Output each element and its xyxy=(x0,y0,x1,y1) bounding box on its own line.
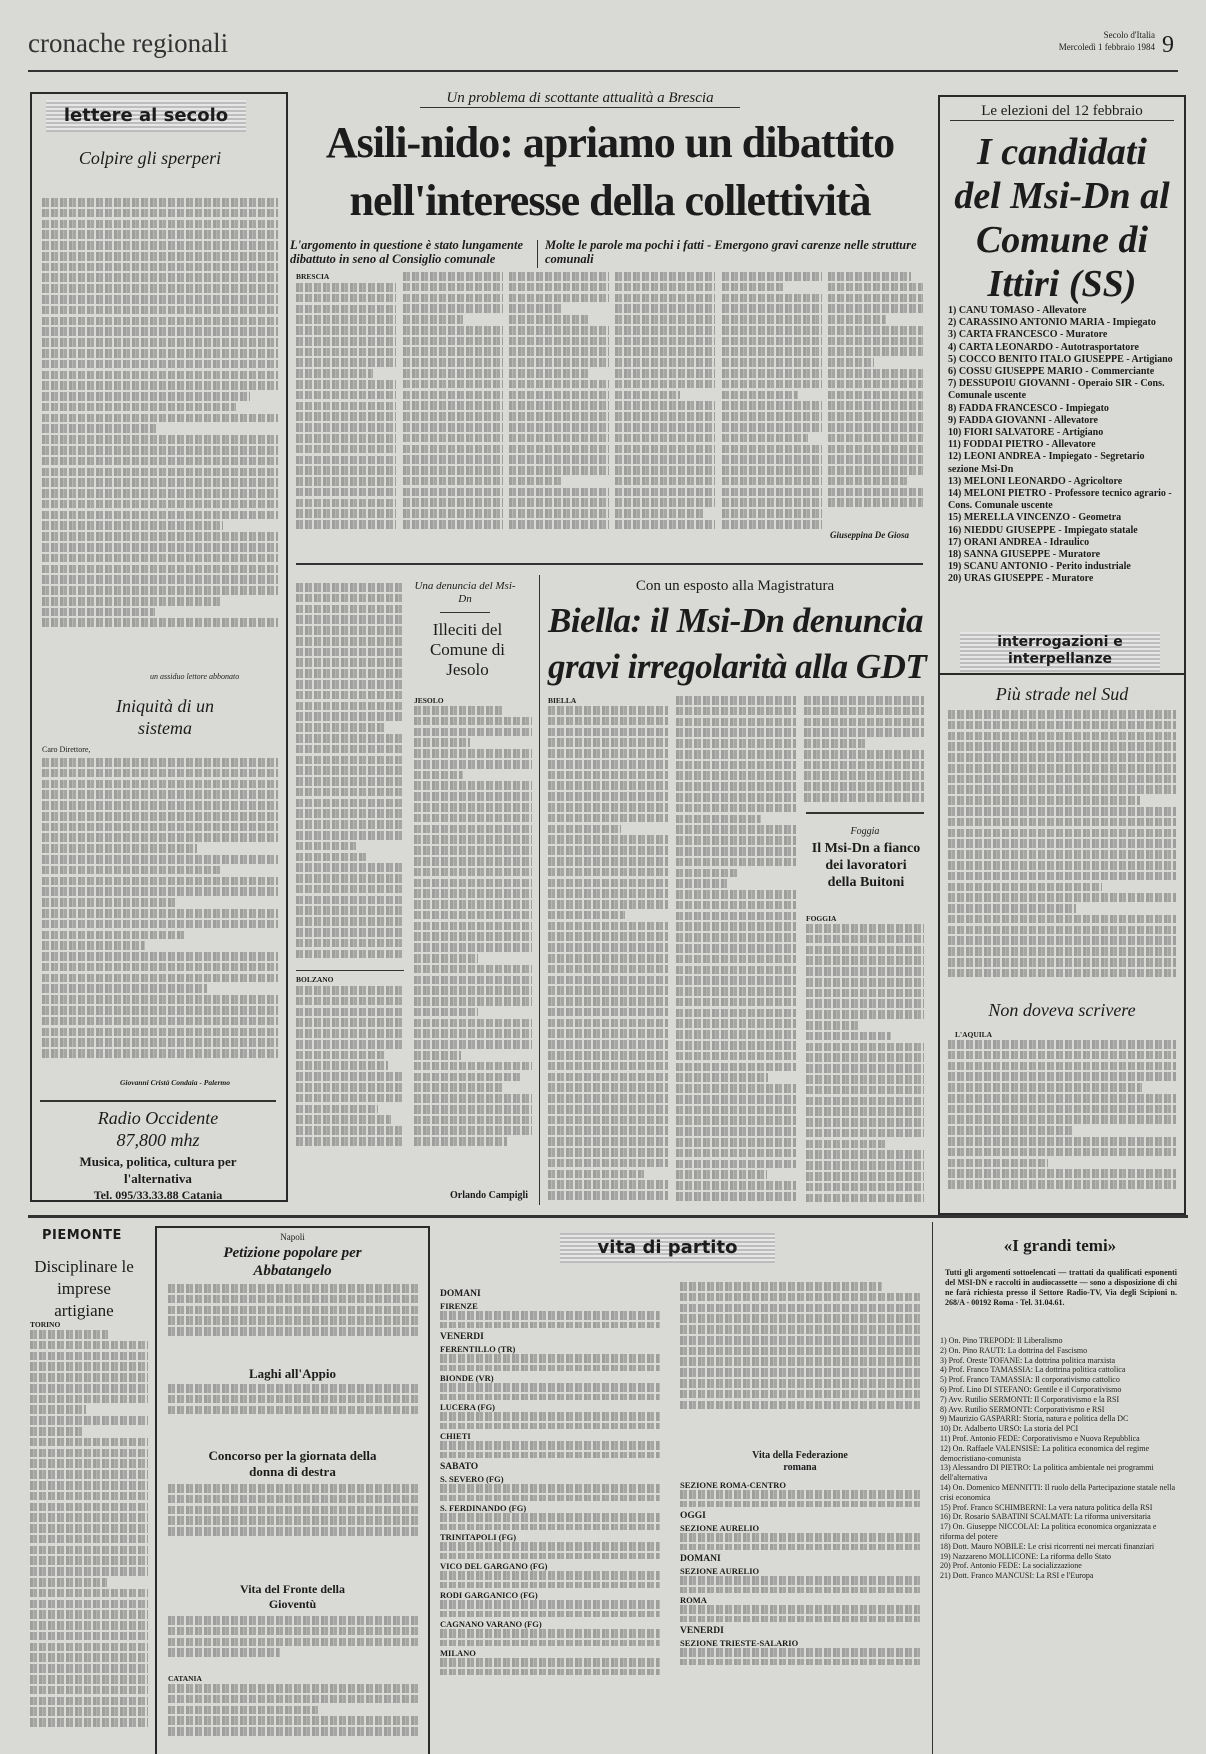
subhead-divider xyxy=(537,240,538,268)
text-line xyxy=(615,520,715,529)
text-line xyxy=(296,669,404,678)
text-line xyxy=(548,1029,668,1038)
text-line xyxy=(548,879,668,888)
text-line xyxy=(509,488,609,497)
candidate-item: 8) FADDA FRANCESCO - Impiegato xyxy=(948,403,1176,415)
text-line xyxy=(676,1181,796,1190)
text-line xyxy=(296,997,404,1006)
text-line xyxy=(722,326,822,335)
text-line xyxy=(30,1341,148,1350)
text-line xyxy=(806,1183,924,1192)
tema-item: 21) Dott. Franco MANCUSI: La RSI e l'Eur… xyxy=(940,1571,1180,1581)
text-line xyxy=(296,477,396,486)
candidate-item: 15) MERELLA VINCENZO - Geometra xyxy=(948,512,1176,524)
text-line xyxy=(414,1073,520,1082)
text-line xyxy=(414,760,532,769)
text-line xyxy=(440,1600,660,1609)
text-line xyxy=(548,1126,668,1135)
interrogazioni-banner: interrogazioni e interpellanze xyxy=(960,632,1160,672)
text-line xyxy=(806,946,924,955)
foggia-body xyxy=(806,924,924,1206)
text-line xyxy=(414,1116,532,1125)
catania-body xyxy=(168,1684,418,1744)
place-entry: S. SEVERO (FG) xyxy=(440,1474,660,1484)
text-line xyxy=(414,1008,478,1017)
place-entry: ROMA xyxy=(680,1595,920,1605)
text-line xyxy=(296,348,396,357)
place-entry: MILANO xyxy=(440,1648,660,1658)
text-line xyxy=(296,939,404,948)
text-line xyxy=(42,489,278,498)
text-line xyxy=(296,777,404,786)
text-line xyxy=(680,1659,920,1665)
text-line xyxy=(414,749,532,758)
text-line xyxy=(828,391,923,400)
text-line xyxy=(948,753,1176,762)
text-line xyxy=(806,1140,886,1149)
text-line xyxy=(42,608,155,617)
text-line xyxy=(403,455,503,464)
text-line xyxy=(30,1513,148,1522)
letter2-salutation: Caro Direttore, xyxy=(42,745,90,754)
text-line xyxy=(806,1043,924,1052)
text-line xyxy=(722,283,783,292)
place-entry: SEZIONE AURELIO xyxy=(680,1566,920,1576)
text-line xyxy=(948,829,1176,838)
text-line xyxy=(296,917,404,926)
text-line xyxy=(42,306,278,315)
text-line xyxy=(615,304,715,313)
entry-body xyxy=(440,1354,660,1371)
candidate-item: 10) FIORI SALVATORE - Artigiano xyxy=(948,427,1176,439)
text-line xyxy=(42,543,278,552)
text-line xyxy=(680,1544,920,1550)
foggia-dateline: FOGGIA xyxy=(806,914,836,923)
text-line xyxy=(42,478,278,487)
main-kicker: Un problema di scottante attualità a Bre… xyxy=(420,90,740,108)
foggia-kicker: Foggia xyxy=(806,826,924,837)
text-line xyxy=(296,874,404,883)
text-line xyxy=(806,1010,924,1019)
text-line xyxy=(948,796,1140,805)
text-line xyxy=(722,380,822,389)
text-line xyxy=(403,391,503,400)
text-line xyxy=(722,488,822,497)
place-entry: SEZIONE AURELIO xyxy=(680,1523,920,1533)
text-line xyxy=(676,1106,796,1115)
issue-date: Mercoledì 1 febbraio 1984 xyxy=(1000,42,1155,52)
text-line xyxy=(296,1061,388,1070)
tema-item: 9) Maurizio GASPARRI: Storia, natura e p… xyxy=(940,1414,1180,1424)
text-line xyxy=(806,1053,924,1062)
text-line xyxy=(296,648,404,657)
text-line xyxy=(676,1160,796,1169)
text-line xyxy=(296,1040,404,1049)
interrogazioni-item2-title: Non doveva scrivere xyxy=(950,1000,1174,1021)
text-line xyxy=(828,401,923,410)
candidati-headline: I candidati del Msi-Dn al Comune di Itti… xyxy=(950,130,1174,306)
text-line xyxy=(168,1616,418,1625)
vita-partito-banner: vita di partito xyxy=(560,1233,775,1263)
fronte-body xyxy=(168,1616,418,1664)
text-line xyxy=(680,1368,920,1377)
text-line xyxy=(414,1051,461,1060)
text-line xyxy=(680,1605,920,1614)
candidate-item: 18) SANNA GIUSEPPE - Muratore xyxy=(948,549,1176,561)
place-entry: FERENTILLO (TR) xyxy=(440,1344,660,1354)
text-line xyxy=(440,1441,660,1450)
place-entry: FIRENZE xyxy=(440,1301,660,1311)
jesolo-kicker: Una denuncia del Msi-Dn xyxy=(410,580,520,606)
text-line xyxy=(168,1506,418,1515)
text-line xyxy=(806,1107,924,1116)
text-line xyxy=(168,1638,418,1647)
text-line xyxy=(804,771,924,780)
text-line xyxy=(30,1459,148,1468)
text-line xyxy=(296,456,396,465)
text-line xyxy=(296,326,396,335)
text-line xyxy=(676,1063,796,1072)
text-line xyxy=(403,466,503,475)
text-line xyxy=(296,1126,404,1135)
tema-item: 3) Prof. Oreste TOFANE: La dottrina poli… xyxy=(940,1356,1180,1366)
letters-banner: lettere al secolo xyxy=(46,100,246,132)
text-line xyxy=(30,1395,148,1404)
candidate-item: 12) LEONI ANDREA - Impiegato - Segretari… xyxy=(948,451,1176,475)
text-line xyxy=(828,488,923,497)
text-line xyxy=(676,1138,796,1147)
piemonte-region: PIEMONTE xyxy=(42,1228,122,1243)
text-line xyxy=(676,804,796,813)
candidate-item: 5) COCCO BENITO ITALO GIUSEPPE - Artigia… xyxy=(948,354,1176,366)
text-line xyxy=(948,1148,1176,1157)
vita-right-column: SEZIONE ROMA-CENTROOGGISEZIONE AURELIODO… xyxy=(680,1478,920,1665)
candidate-item: 3) CARTA FRANCESCO - Muratore xyxy=(948,329,1176,341)
text-line xyxy=(548,1051,668,1060)
text-line xyxy=(296,1008,404,1017)
text-line xyxy=(548,900,668,909)
text-line xyxy=(440,1669,660,1675)
text-line xyxy=(440,1322,660,1328)
tema-item: 12) On. Raffaele VALENSISE: La politica … xyxy=(940,1444,1180,1464)
text-line xyxy=(806,1021,859,1030)
text-line xyxy=(548,1180,668,1189)
tema-item: 7) Avv. Rutilio SERMONTI: Il Corporativi… xyxy=(940,1395,1180,1405)
text-line xyxy=(509,509,609,518)
text-line xyxy=(42,931,184,940)
text-line xyxy=(948,893,1176,902)
text-line xyxy=(676,987,796,996)
federazione-title: Vita della Federazione romana xyxy=(745,1450,855,1474)
section-title: cronache regionali xyxy=(28,28,228,59)
text-line xyxy=(42,769,278,778)
jesolo-col-1 xyxy=(414,706,532,1156)
text-line xyxy=(414,986,532,995)
text-line xyxy=(548,781,668,790)
fronte-title: Vita del Fronte della Gioventù xyxy=(220,1582,365,1612)
text-line xyxy=(722,272,822,281)
text-line xyxy=(42,575,278,584)
tema-item: 17) On. Giuseppe NICCOLAI: La politica e… xyxy=(940,1522,1180,1542)
day-heading: VENERDI xyxy=(680,1626,920,1636)
text-line xyxy=(948,936,1176,945)
main-headline-1: Asili-nido: apriamo un dibattito xyxy=(300,118,920,168)
text-line xyxy=(42,371,278,380)
text-line xyxy=(42,511,278,520)
interrogazioni-item2-dateline: L'AQUILA xyxy=(955,1030,992,1039)
text-line xyxy=(296,615,404,624)
text-line xyxy=(414,728,532,737)
text-line xyxy=(42,349,278,358)
text-line xyxy=(168,1295,418,1304)
text-line xyxy=(680,1325,920,1334)
text-line xyxy=(804,793,924,802)
text-line xyxy=(296,499,396,508)
letter2-body xyxy=(42,758,278,1063)
text-line xyxy=(168,1516,418,1525)
tema-item: 18) Dott. Mauro NOBILE: Le crisi ricorre… xyxy=(940,1542,1180,1552)
text-line xyxy=(414,1029,532,1038)
text-line xyxy=(676,739,796,748)
text-line xyxy=(414,825,532,834)
text-line xyxy=(403,445,503,454)
text-line xyxy=(828,294,923,303)
text-line xyxy=(676,750,796,759)
text-line xyxy=(548,706,668,715)
text-line xyxy=(42,220,278,229)
text-line xyxy=(948,1126,1074,1135)
text-line xyxy=(42,327,278,336)
text-line xyxy=(548,1170,644,1179)
text-line xyxy=(414,997,532,1006)
text-line xyxy=(30,1653,148,1662)
bolzano-dateline: BOLZANO xyxy=(296,975,334,984)
biella-headline-2: gravi irregolarità alla GDT xyxy=(548,646,928,688)
text-line xyxy=(680,1616,920,1622)
text-line xyxy=(296,986,404,995)
text-line xyxy=(804,750,924,759)
text-line xyxy=(296,488,396,497)
text-line xyxy=(509,315,588,324)
text-line xyxy=(296,1083,404,1092)
main-col-6 xyxy=(828,272,923,512)
main-headline-2: nell'interesse della collettività xyxy=(300,176,920,226)
text-line xyxy=(548,954,668,963)
grandi-temi-headline: «I grandi temi» xyxy=(940,1236,1180,1256)
text-line xyxy=(296,380,396,389)
text-line xyxy=(42,898,175,907)
text-line xyxy=(828,358,874,367)
text-line xyxy=(676,1127,796,1136)
day-heading: OGGI xyxy=(680,1511,920,1521)
radio-divider xyxy=(40,1100,276,1102)
text-line xyxy=(676,696,796,705)
text-line xyxy=(676,761,796,770)
text-line xyxy=(403,347,503,356)
text-line xyxy=(676,825,796,834)
text-line xyxy=(948,958,1176,967)
place-entry: VICO DEL GARGANO (FG) xyxy=(440,1561,660,1571)
radio-phone: Tel. 095/33.33.88 Catania xyxy=(40,1188,276,1203)
text-line xyxy=(414,1040,532,1049)
text-line xyxy=(548,749,668,758)
text-line xyxy=(548,1019,668,1028)
text-line xyxy=(548,965,668,974)
interrogazioni-item1-title: Più strade nel Sud xyxy=(950,684,1174,705)
text-line xyxy=(806,956,924,965)
text-line xyxy=(722,520,822,529)
text-line xyxy=(30,1621,148,1630)
biella-col-2 xyxy=(676,696,796,1206)
main-subhead-right: Molte le parole ma pochi i fatti - Emerg… xyxy=(545,238,925,266)
text-line xyxy=(680,1587,920,1593)
text-line xyxy=(42,833,278,842)
text-line xyxy=(414,932,532,941)
text-line xyxy=(30,1449,148,1458)
tema-item: 5) Prof. Franco TAMASSIA: Il corporativi… xyxy=(940,1375,1180,1385)
text-line xyxy=(168,1484,418,1493)
text-line xyxy=(403,498,503,507)
text-line xyxy=(676,966,796,975)
jesolo-kicker-rule xyxy=(440,612,490,613)
text-line xyxy=(676,1030,796,1039)
text-line xyxy=(296,842,356,851)
text-line xyxy=(548,835,668,844)
tema-item: 15) Prof. Franco SCHIMBERNI: La vera nat… xyxy=(940,1503,1180,1513)
text-line xyxy=(403,520,503,529)
text-line xyxy=(948,785,1176,794)
text-line xyxy=(414,900,532,909)
day-heading: SABATO xyxy=(440,1462,660,1472)
text-line xyxy=(42,1038,278,1047)
text-line xyxy=(414,803,532,812)
foggia-headline: Il Msi-Dn a fianco dei lavoratori della … xyxy=(810,840,922,891)
text-line xyxy=(615,380,715,389)
place-entry: CAGNANO VARANO (FG) xyxy=(440,1619,660,1629)
text-line xyxy=(806,999,924,1008)
text-line xyxy=(30,1481,148,1490)
text-line xyxy=(548,1040,668,1049)
text-line xyxy=(948,872,1176,881)
text-line xyxy=(676,1052,796,1061)
text-line xyxy=(42,435,278,444)
text-line xyxy=(30,1503,148,1512)
text-line xyxy=(42,1049,278,1058)
text-line xyxy=(948,926,1176,935)
main-bottom-rule xyxy=(296,563,923,565)
text-line xyxy=(296,658,404,667)
text-line xyxy=(948,969,1176,978)
text-line xyxy=(296,712,404,721)
text-line xyxy=(722,401,822,410)
text-line xyxy=(42,338,278,347)
text-line xyxy=(548,911,625,920)
text-line xyxy=(403,477,503,486)
text-line xyxy=(676,944,796,953)
jesolo-divider xyxy=(539,575,540,1205)
text-line xyxy=(676,890,796,899)
text-line xyxy=(680,1347,920,1356)
text-line xyxy=(804,739,867,748)
grandi-temi-intro: Tutti gli argomenti sottoelencati — trat… xyxy=(945,1268,1177,1308)
laghi-body xyxy=(168,1384,418,1420)
text-line xyxy=(676,901,796,910)
text-line xyxy=(30,1384,148,1393)
candidate-item: 19) SCANU ANTONIO - Perito industriale xyxy=(948,561,1176,573)
text-line xyxy=(509,455,609,464)
text-line xyxy=(615,294,715,303)
text-line xyxy=(296,680,404,689)
petizione-headline: Petizione popolare per Abbatangelo xyxy=(205,1244,380,1280)
text-line xyxy=(30,1610,148,1619)
text-line xyxy=(42,844,197,853)
text-line xyxy=(948,1137,1176,1146)
text-line xyxy=(296,1072,404,1081)
text-line xyxy=(296,637,404,646)
tema-item: 6) Prof. Lino DI STEFANO: Gentile e il C… xyxy=(940,1385,1180,1395)
text-line xyxy=(30,1664,148,1673)
text-line xyxy=(548,1062,668,1071)
text-line xyxy=(403,401,503,410)
text-line xyxy=(548,738,668,747)
text-line xyxy=(296,391,396,400)
text-line xyxy=(42,263,278,272)
text-line xyxy=(30,1546,148,1555)
text-line xyxy=(509,326,609,335)
text-line xyxy=(30,1600,148,1609)
text-line xyxy=(615,498,715,507)
text-line xyxy=(948,850,1176,859)
text-line xyxy=(296,1105,378,1114)
text-line xyxy=(440,1484,660,1493)
text-line xyxy=(414,814,532,823)
entry-body xyxy=(680,1576,920,1593)
candidate-item: 14) MELONI PIETRO - Professore tecnico a… xyxy=(948,488,1176,512)
text-line xyxy=(804,696,924,705)
entry-body xyxy=(680,1605,920,1622)
text-line xyxy=(440,1452,660,1458)
letter1-body xyxy=(42,198,278,638)
biella-kicker: Con un esposto alla Magistratura xyxy=(545,578,925,595)
text-line xyxy=(680,1533,920,1542)
text-line xyxy=(440,1611,660,1617)
text-line xyxy=(296,412,396,421)
text-line xyxy=(680,1357,920,1366)
text-line xyxy=(42,887,278,896)
text-line xyxy=(948,839,1176,848)
text-line xyxy=(414,889,532,898)
text-line xyxy=(414,1126,532,1135)
text-line xyxy=(296,337,396,346)
tema-item: 8) Avv. Rutilio SERMONTI: Corporativismo… xyxy=(940,1405,1180,1415)
tema-item: 14) On. Domenico MENNITTI: Il ruolo dell… xyxy=(940,1483,1180,1503)
text-line xyxy=(168,1316,418,1325)
text-line xyxy=(548,1159,668,1168)
text-line xyxy=(676,976,796,985)
text-line xyxy=(948,947,1176,956)
text-line xyxy=(296,691,404,700)
text-line xyxy=(548,771,668,780)
candidate-item: 4) CARTA LEONARDO - Autotrasportatore xyxy=(948,342,1176,354)
letter1-signature: un assiduo lettore abbonato xyxy=(150,672,239,681)
text-line xyxy=(296,1029,404,1038)
text-line xyxy=(414,943,532,952)
text-line xyxy=(828,466,923,475)
text-line xyxy=(948,721,1176,730)
text-line xyxy=(30,1643,148,1652)
candidati-kicker: Le elezioni del 12 febbraio xyxy=(950,103,1174,121)
text-line xyxy=(30,1535,148,1544)
